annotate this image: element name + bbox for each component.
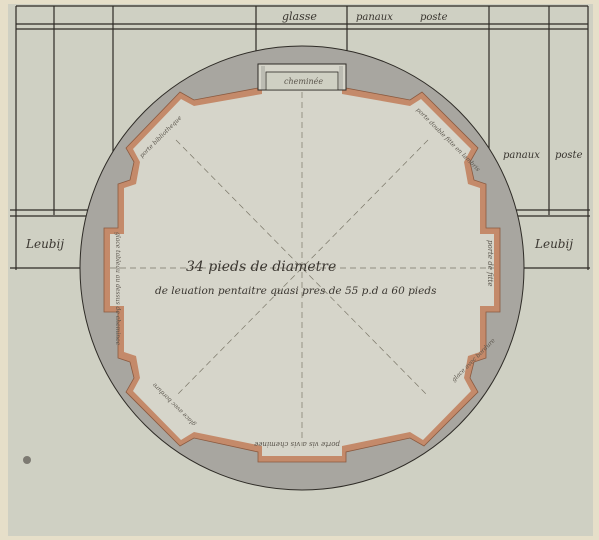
right-panel-label-panaux: panaux	[503, 150, 540, 161]
right-side-label: Leubij	[534, 237, 573, 251]
elevation-note: de leuation pentaitre quasi pres de 55 p…	[155, 285, 437, 297]
header-label-glasse: glasse	[282, 10, 317, 23]
wall-label-left: glace tableau au dessus de cheminee	[114, 232, 121, 346]
left-side-label: Leubij	[25, 237, 64, 251]
floor-plan-drawing: glasse panaux poste panaux poste Leubij …	[0, 0, 599, 540]
ink-blot	[23, 456, 31, 464]
header-label-panaux: panaux	[356, 12, 393, 23]
wall-label-right: porte de fitte	[486, 240, 494, 287]
header-label-poste: poste	[420, 12, 448, 23]
diameter-note: 34 pieds de diametre	[186, 259, 336, 275]
wall-label-bottom: porte vis a vis cheminee	[254, 440, 340, 448]
wall-label-top: cheminée	[284, 77, 323, 86]
right-panel-label-poste: poste	[555, 150, 583, 161]
